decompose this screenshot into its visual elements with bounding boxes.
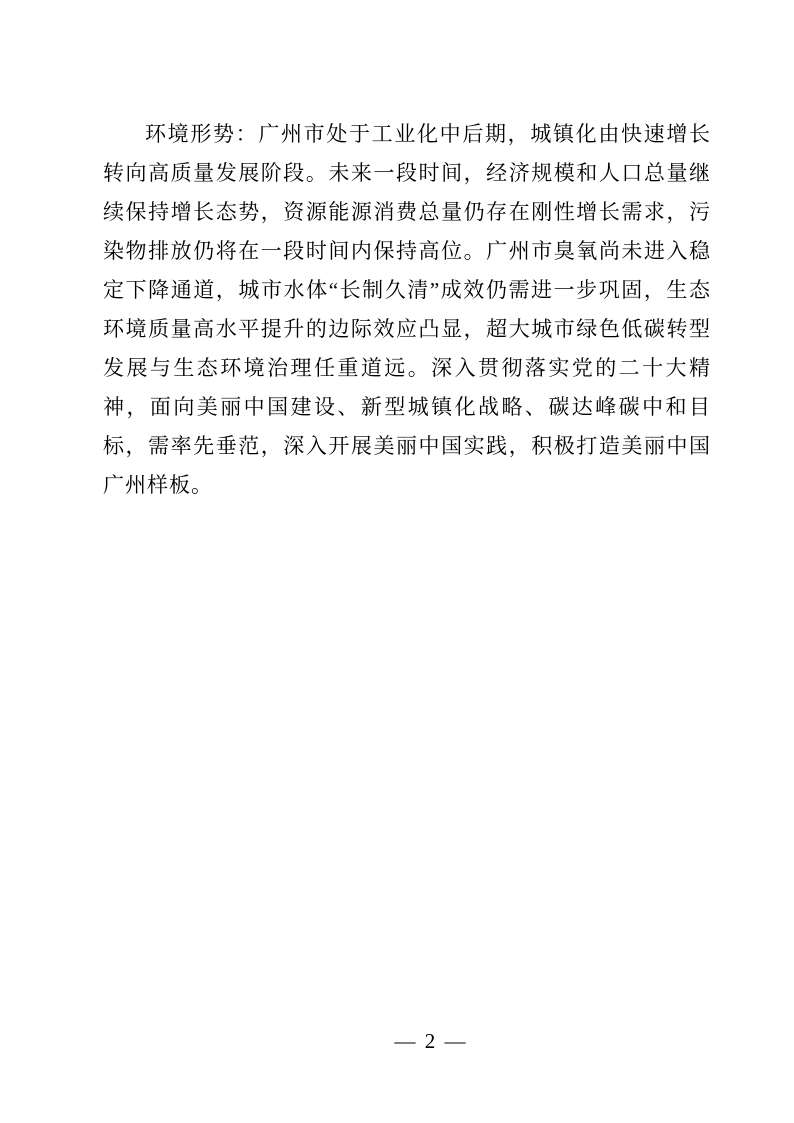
- page-number: — 2 —: [395, 1026, 468, 1056]
- body-paragraph: 环境形势：广州市处于工业化中后期，城镇化由快速增长转向高质量发展阶段。未来一段时…: [103, 115, 711, 505]
- document-page: 环境形势：广州市处于工业化中后期，城镇化由快速增长转向高质量发展阶段。未来一段时…: [0, 0, 794, 1123]
